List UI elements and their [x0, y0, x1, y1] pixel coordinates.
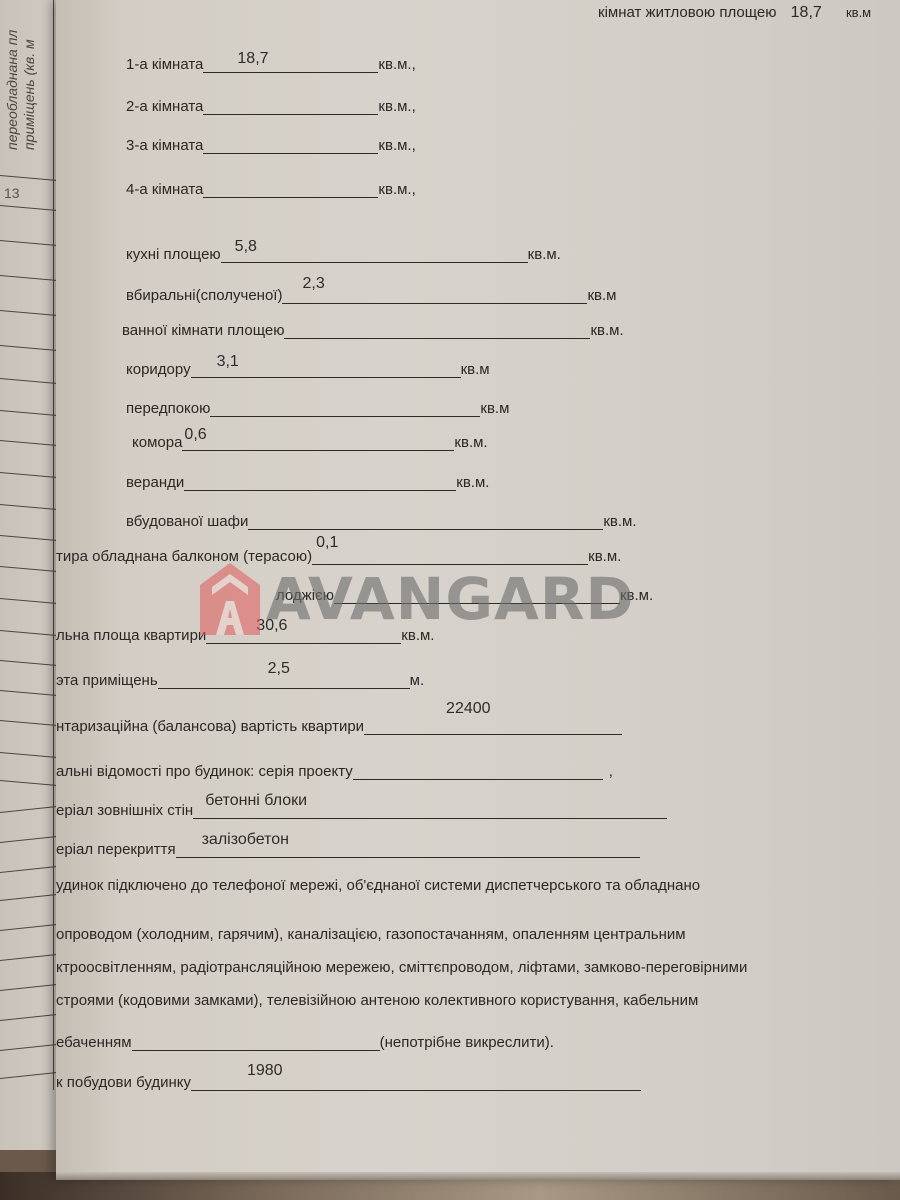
utilities-text-4: строями (кодовими замками), телевізійною… [56, 992, 698, 1009]
hallway-label: передпокою [126, 400, 210, 417]
room-4-field[interactable] [203, 182, 378, 198]
living-area-label: кімнат житловою площею [598, 4, 776, 21]
unit-label: кв.м. [528, 246, 561, 263]
toilet-value: 2,3 [302, 275, 324, 293]
tv-label: ебаченням [56, 1034, 132, 1051]
unit-label: , [609, 763, 613, 780]
room-1-field[interactable]: 18,7 [203, 57, 378, 73]
loggia-field[interactable] [334, 588, 620, 604]
year-built-row: к побудови будинку1980 [56, 1074, 641, 1091]
kitchen-row: кухні площею5,8кв.м. [126, 246, 561, 263]
room-1-value: 18,7 [237, 50, 268, 68]
vertical-text-line: переобладнана пл [4, 0, 21, 150]
ceiling-height-row: эта приміщень2,5м. [56, 672, 424, 689]
unit-label: кв.м., [378, 181, 415, 198]
inventory-value-row: нтаризаційна (балансова) вартість кварти… [56, 718, 622, 735]
series-row: альні відомості про будинок: серія проек… [56, 763, 613, 780]
room-label: 2-а кімната [126, 98, 203, 115]
ceiling-height-field[interactable]: 2,5 [158, 673, 410, 689]
unit-label: кв.м [480, 400, 509, 417]
vertical-text-line: приміщень (кв. м [21, 0, 38, 150]
year-built-field[interactable]: 1980 [191, 1075, 641, 1091]
room-2-field[interactable] [203, 99, 378, 115]
living-area-header: кімнат житловою площею 18,7 кв.м [598, 4, 871, 22]
veranda-field[interactable] [184, 475, 456, 491]
bathroom-label: ванної кімнати площею [122, 322, 284, 339]
corridor-field[interactable]: 3,1 [191, 362, 461, 378]
unit-label: кв.м [461, 361, 490, 378]
corridor-value: 3,1 [217, 353, 239, 371]
corridor-label: коридору [126, 361, 191, 378]
hallway-row: передпокоюкв.м [126, 400, 509, 417]
closet-field[interactable] [248, 514, 603, 530]
hallway-field[interactable] [210, 401, 480, 417]
bathroom-field[interactable] [284, 323, 590, 339]
room-2-row: 2-а кімнатакв.м., [126, 98, 416, 115]
utilities-text-3: ктроосвітленням, радіотрансляційною мере… [56, 959, 747, 976]
total-area-row: льна площа квартири30,6кв.м. [56, 627, 434, 644]
wall-material-field[interactable]: бетонні блоки [193, 803, 667, 819]
unit-label: кв.м. [588, 548, 621, 565]
balcony-row: тира обладнана балконом (терасою)0,1кв.м… [56, 548, 621, 565]
closet-label: вбудованої шафи [126, 513, 248, 530]
tv-field[interactable] [132, 1035, 380, 1051]
unit-label: м. [410, 672, 424, 689]
utilities-text-2: опроводом (холодним, гарячим), каналізац… [56, 926, 686, 943]
tv-row: ебаченням(непотрібне викреслити). [56, 1034, 554, 1051]
wall-material-value: бетонні блоки [205, 792, 307, 810]
unit-label: кв.м. [603, 513, 636, 530]
toilet-field[interactable]: 2,3 [282, 288, 587, 304]
living-area-value: 18,7 [791, 4, 822, 21]
unit-label: кв.м., [378, 137, 415, 154]
veranda-row: верандикв.м. [126, 474, 489, 491]
closet-row: вбудованої шафикв.м. [126, 513, 637, 530]
left-page-vertical-text: переобладнана пл приміщень (кв. м [4, 0, 52, 150]
kitchen-field[interactable]: 5,8 [221, 247, 528, 263]
series-field[interactable] [353, 764, 603, 780]
left-page-number: 13 [4, 185, 20, 201]
inventory-value-label: нтаризаційна (балансова) вартість кварти… [56, 718, 364, 735]
kitchen-value: 5,8 [235, 238, 257, 256]
year-built-label: к побудови будинку [56, 1074, 191, 1091]
wall-material-label: еріал зовнішніх стін [56, 802, 193, 819]
unit-label: кв.м [587, 287, 616, 304]
unit-label: кв.м. [454, 434, 487, 451]
series-label: альні відомості про будинок: серія проек… [56, 763, 353, 780]
ceiling-height-value: 2,5 [268, 660, 290, 678]
floor-material-value: залізобетон [202, 831, 289, 849]
table-vertical-rule [53, 0, 54, 1090]
total-area-label: льна площа квартири [56, 627, 206, 644]
floor-material-field[interactable]: залізобетон [176, 842, 640, 858]
storage-field[interactable]: 0,6 [182, 435, 454, 451]
total-area-field[interactable]: 30,6 [206, 628, 401, 644]
balcony-value: 0,1 [316, 534, 338, 552]
balcony-field[interactable]: 0,1 [312, 549, 588, 565]
veranda-label: веранди [126, 474, 184, 491]
inventory-value: 22400 [446, 700, 491, 718]
room-3-field[interactable] [203, 138, 378, 154]
room-label: 4-а кімната [126, 181, 203, 198]
storage-row: комора0,6кв.м. [132, 434, 488, 451]
living-area-unit: кв.м [846, 5, 871, 20]
kitchen-label: кухні площею [126, 246, 221, 263]
unit-label: кв.м. [590, 322, 623, 339]
year-built-value: 1980 [247, 1062, 283, 1080]
unit-label: кв.м. [456, 474, 489, 491]
corridor-row: коридору3,1кв.м [126, 361, 490, 378]
unit-label: кв.м. [401, 627, 434, 644]
floor-material-label: еріал перекриття [56, 841, 176, 858]
utilities-text-1: удинок підключено до телефоної мережі, о… [56, 877, 700, 894]
document-page: кімнат житловою площею 18,7 кв.м 1-а кім… [56, 0, 900, 1180]
room-1-row: 1-а кімната18,7кв.м., [126, 56, 416, 73]
ceiling-height-label: эта приміщень [56, 672, 158, 689]
loggia-label: лоджією [276, 587, 334, 604]
toilet-row: вбиральні(сполученої)2,3кв.м [126, 287, 616, 304]
tv-note: (непотрібне викреслити). [380, 1034, 554, 1051]
room-label: 3-а кімната [126, 137, 203, 154]
bathroom-row: ванної кімнати площеюкв.м. [122, 322, 624, 339]
unit-label: кв.м., [378, 98, 415, 115]
toilet-label: вбиральні(сполученої) [126, 287, 282, 304]
loggia-row: лоджієюкв.м. [276, 587, 653, 604]
unit-label: кв.м. [620, 587, 653, 604]
total-area-value: 30,6 [256, 617, 287, 635]
inventory-value-field[interactable]: 22400 [364, 719, 622, 735]
storage-value: 0,6 [184, 426, 206, 444]
unit-label: кв.м., [378, 56, 415, 73]
balcony-label: тира обладнана балконом (терасою) [56, 548, 312, 565]
wall-material-row: еріал зовнішніх стінбетонні блоки [56, 802, 667, 819]
floor-material-row: еріал перекриттязалізобетон [56, 841, 640, 858]
storage-label: комора [132, 434, 182, 451]
room-4-row: 4-а кімнатакв.м., [126, 181, 416, 198]
room-3-row: 3-а кімнатакв.м., [126, 137, 416, 154]
room-label: 1-а кімната [126, 56, 203, 73]
